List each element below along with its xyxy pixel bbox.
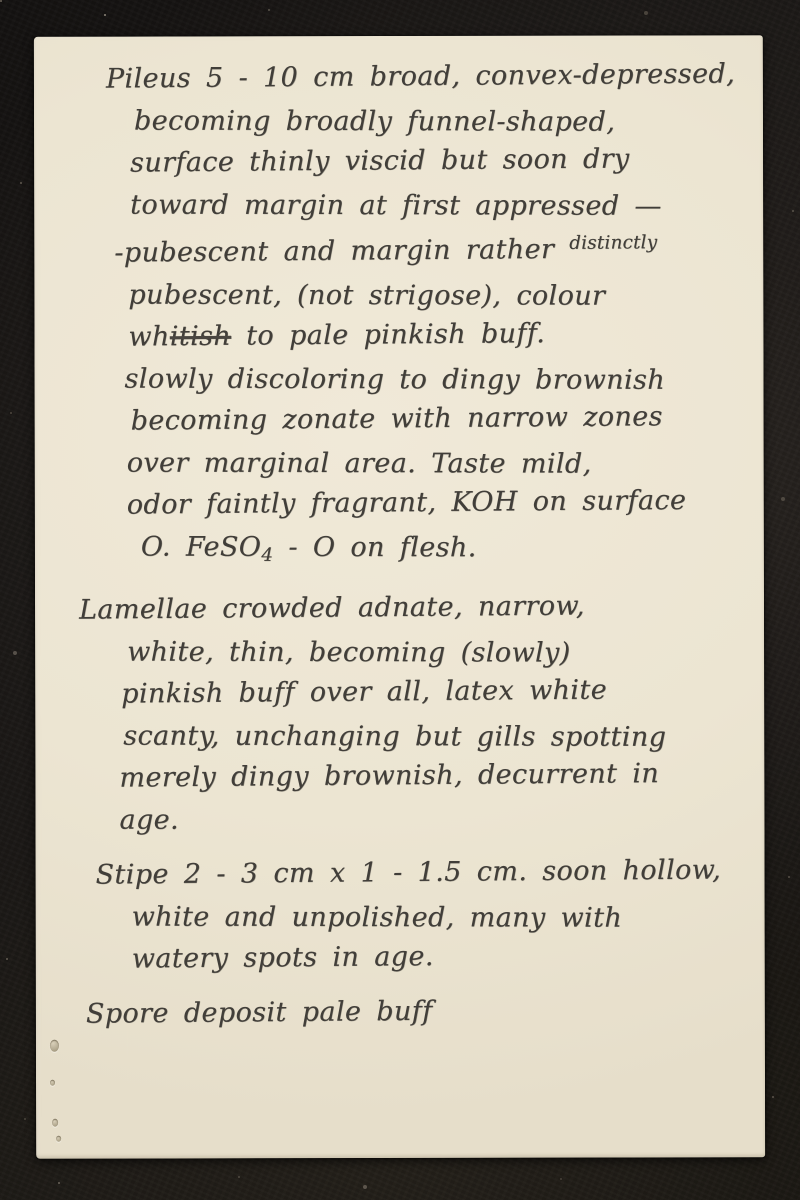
handwritten-text: -pubescent and margin rather [114,234,569,269]
handwritten-text: white, thin, becoming (slowly) [127,637,571,669]
handwritten-line: -pubescent and margin rather distinctly [114,221,753,274]
handwritten-line: whitish to pale pinkish buff. [128,311,753,358]
section-spore-deposit: Spore deposit pale buff [72,992,755,1035]
pinhole [50,1040,59,1052]
handwritten-text: wh [128,321,170,352]
handwritten-text: pubescent, (not strigose), colour [128,280,605,312]
handwritten-text: itish [170,321,232,353]
handwritten-text: toward margin at first appressed — [130,190,662,222]
pinhole [50,1080,55,1086]
handwritten-text: Stipe 2 - 3 cm x 1 - 1.5 cm. soon hollow… [95,855,721,891]
handwritten-text: merely dingy brownish, decurrent in [119,758,659,793]
note-card: Pileus 5 - 10 cm broad, convex-depressed… [34,35,765,1159]
handwritten-line: age. [119,800,754,843]
handwritten-text: over marginal area. Taste mild, [127,448,592,480]
handwritten-text: becoming broadly funnel-shaped, [134,106,615,138]
handwritten-text: 4 [261,545,273,566]
handwritten-line: O. FeSO4 - O on flesh. [141,527,754,578]
section-pileus: Pileus 5 - 10 cm broad, convex-depressed… [70,57,754,576]
handwritten-text: Lamellae crowded adnate, narrow, [79,591,585,626]
handwritten-line: Spore deposit pale buff [86,988,755,1035]
handwritten-line: Lamellae crowded adnate, narrow, [79,584,754,632]
handwritten-line: odor faintly fragrant, KOH on surface [127,479,754,526]
handwritten-line: surface thinly viscid but soon dry [130,137,753,184]
handwritten-text: Pileus 5 - 10 cm broad, convex-depressed… [106,58,735,94]
section-stipe: Stipe 2 - 3 cm x 1 - 1.5 cm. soon hollow… [72,853,755,980]
handwritten-line: merely dingy brownish, decurrent in [119,752,754,799]
handwritten-text: slowly discoloring to dingy brownish [125,364,666,396]
handwritten-text: - O on flesh. [273,532,476,563]
handwritten-text: O. FeSO [141,532,261,563]
handwritten-text: watery spots in age. [132,941,434,974]
handwritten-text: Spore deposit pale buff [86,996,433,1030]
pinhole [52,1119,58,1127]
section-lamellae: Lamellae crowded adnate, narrow,white, t… [71,588,755,841]
handwritten-line: watery spots in age. [132,933,755,980]
handwritten-text: to pale pinkish buff. [231,318,545,352]
handwritten-line: becoming zonate with narrow zones [130,395,753,442]
handwritten-line: pinkish buff over all, latex white [121,668,754,715]
background-speckles [0,0,2,2]
handwritten-text: distinctly [569,232,657,254]
handwritten-text: white and unpolished, many with [132,902,623,934]
pinhole [56,1136,61,1142]
handwritten-line: Pileus 5 - 10 cm broad, convex-depressed… [106,53,753,100]
handwritten-text: becoming zonate with narrow zones [131,401,663,436]
handwritten-text: odor faintly fragrant, KOH on surface [127,485,687,521]
handwritten-notes: Pileus 5 - 10 cm broad, convex-depressed… [70,57,755,1035]
handwritten-text: pinkish buff over all, latex white [121,675,607,710]
handwritten-text: age. [119,805,179,836]
handwritten-text: surface thinly viscid but soon dry [130,143,630,178]
handwritten-line: Stipe 2 - 3 cm x 1 - 1.5 cm. soon hollow… [95,849,754,896]
handwritten-text: scanty, unchanging but gills spotting [123,721,666,753]
photo-background: Pileus 5 - 10 cm broad, convex-depressed… [0,0,800,1200]
